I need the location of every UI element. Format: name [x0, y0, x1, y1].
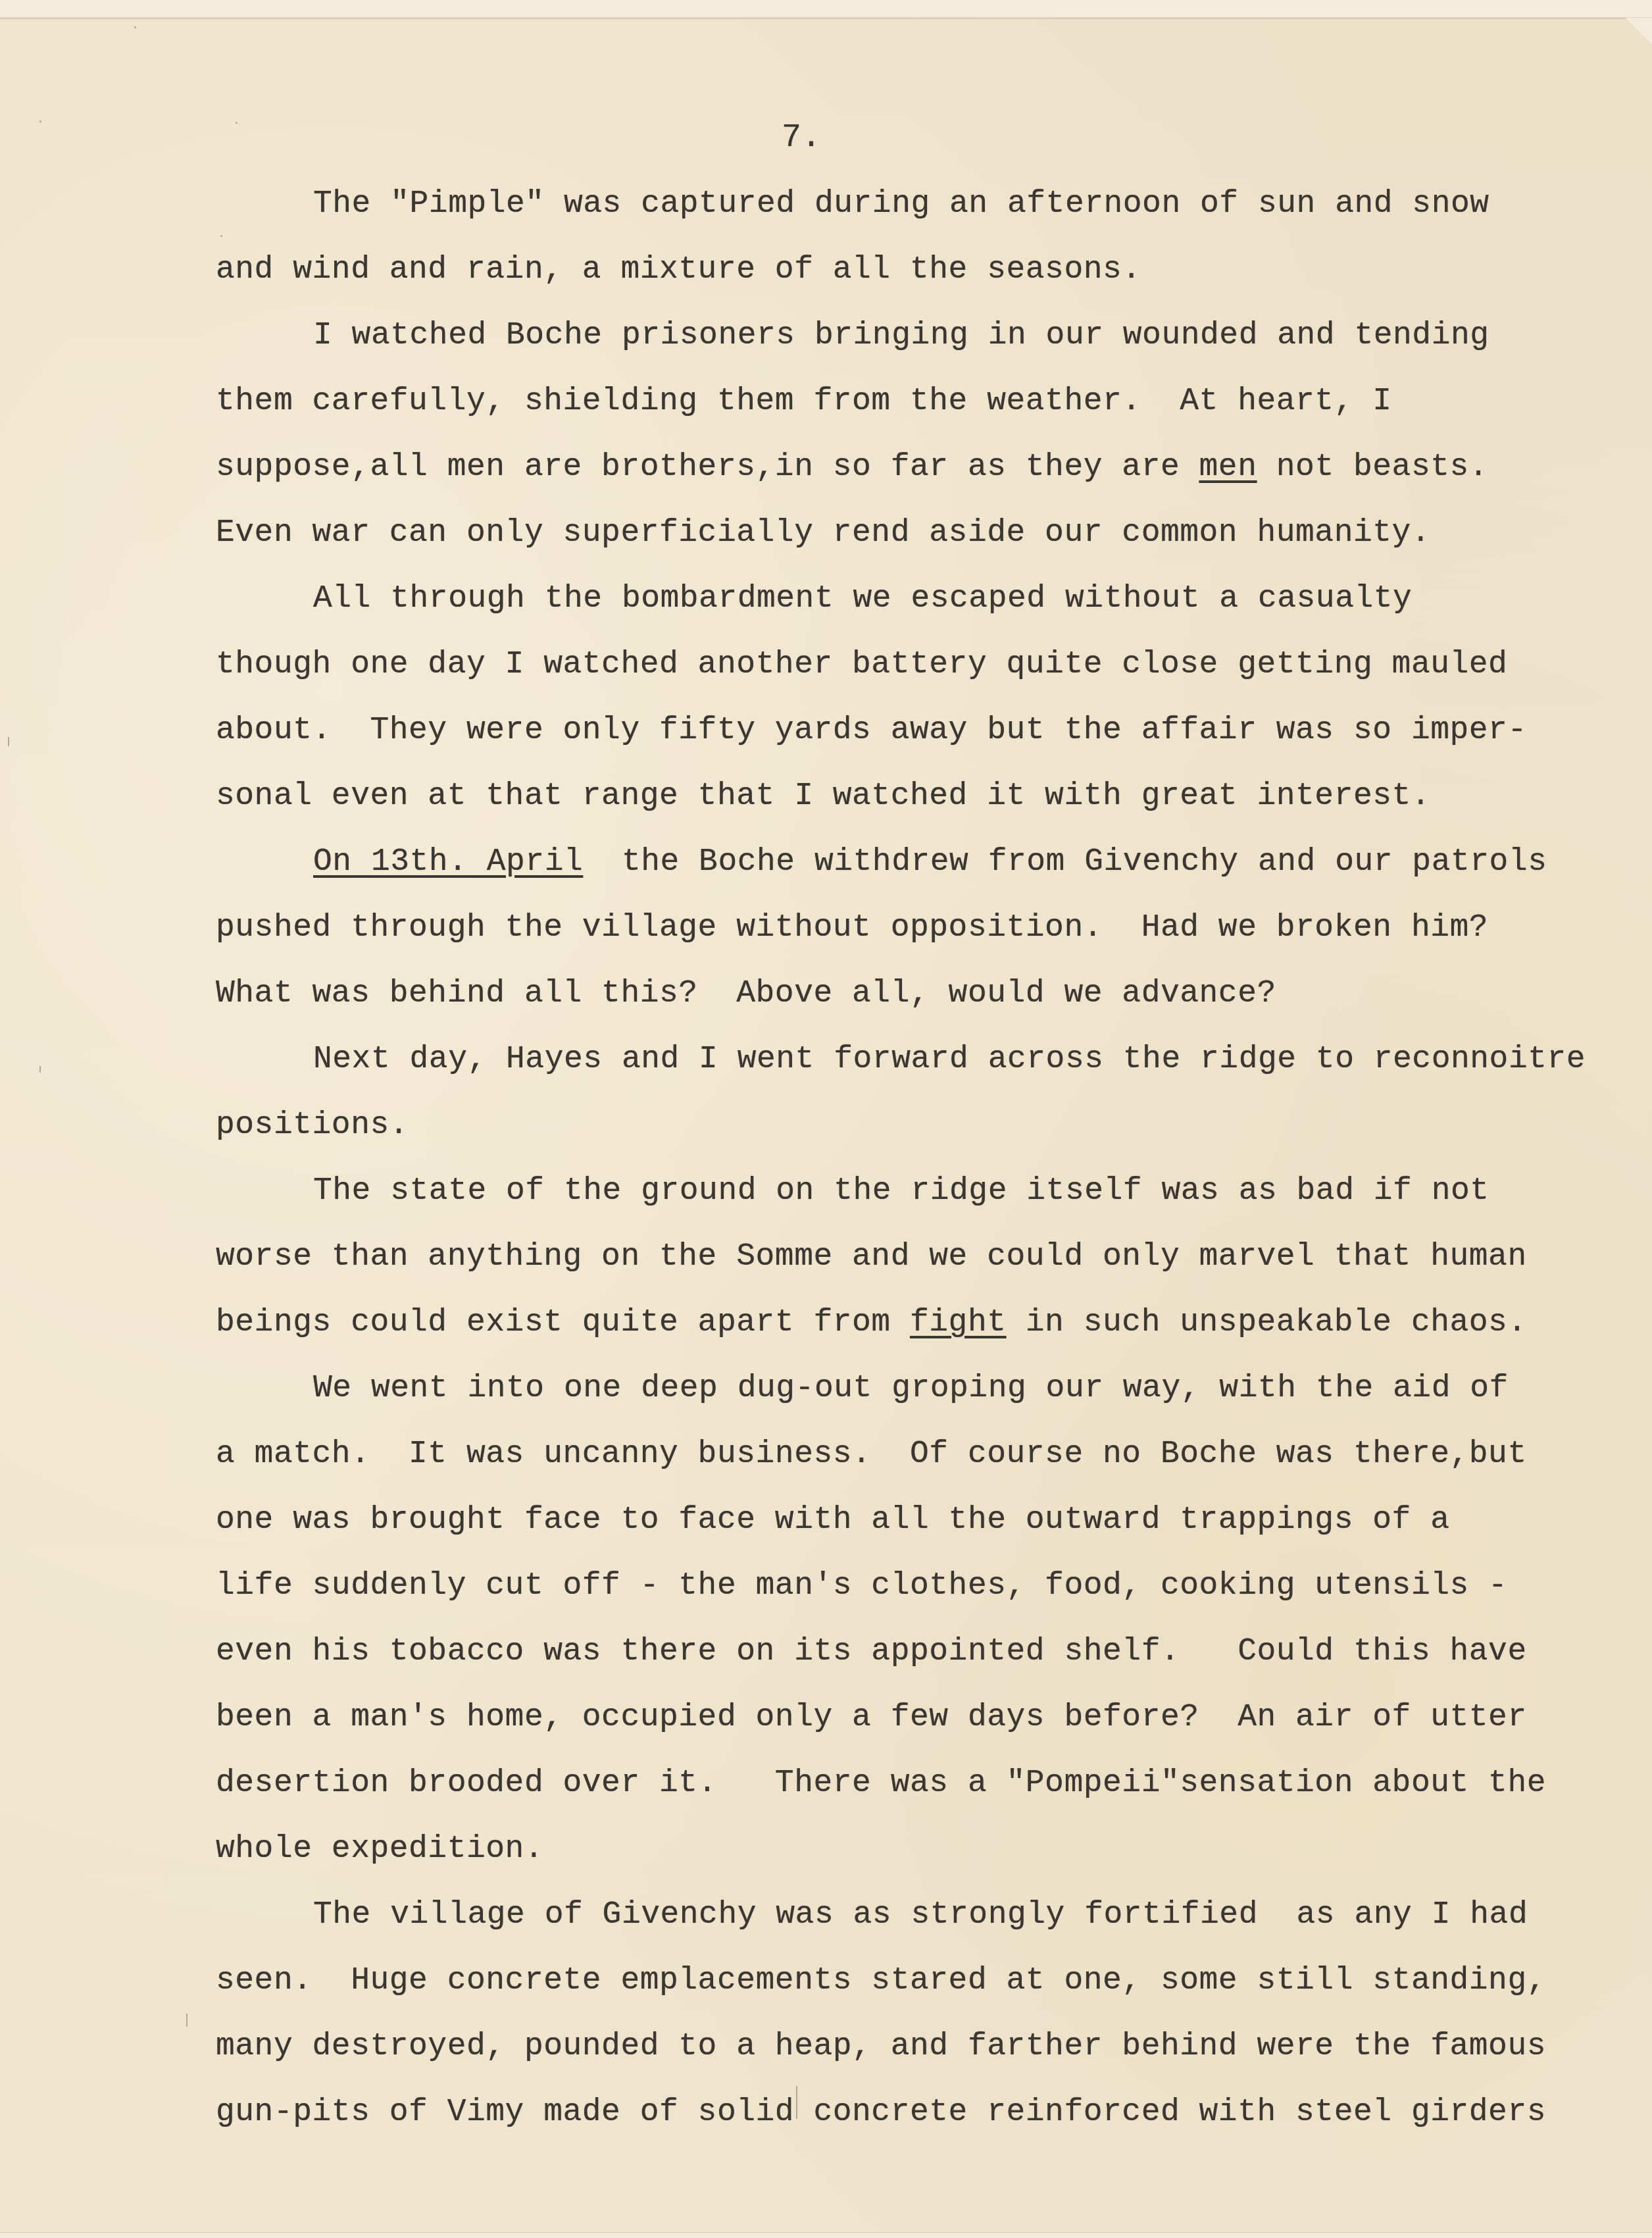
line-text: We went into one deep dug-out groping ou…: [313, 1371, 1509, 1406]
text-line: about. They were only fifty yards away b…: [216, 711, 1527, 750]
paper-speck: [134, 26, 136, 28]
text-line: worse than anything on the Somme and we …: [216, 1237, 1527, 1277]
line-text: suppose,all men are brothers,in so far a…: [216, 449, 1199, 485]
margin-mark: [39, 1066, 41, 1073]
line-text: desertion brooded over it. There was a "…: [216, 1766, 1546, 1801]
line-text: beings could exist quite apart from: [216, 1305, 910, 1340]
line-text: whole expedition.: [216, 1831, 543, 1867]
line-text: not beasts.: [1257, 449, 1488, 485]
text-line: and wind and rain, a mixture of all the …: [216, 250, 1141, 290]
text-line: one was brought face to face with all th…: [216, 1500, 1450, 1540]
underlined-text: men: [1199, 449, 1257, 485]
line-text: positions.: [216, 1107, 409, 1143]
line-text: in such unspeakable chaos.: [1007, 1305, 1527, 1340]
page-corner-fold: [1626, 18, 1652, 44]
line-text: pushed through the village without oppos…: [216, 910, 1488, 946]
line-text: been a man's home, occupied only a few d…: [216, 1700, 1527, 1735]
line-text: All through the bombardment we escaped w…: [313, 581, 1412, 617]
text-line: All through the bombardment we escaped w…: [313, 579, 1412, 619]
line-text: The state of the ground on the ridge its…: [313, 1173, 1489, 1209]
text-line: suppose,all men are brothers,in so far a…: [216, 447, 1488, 487]
text-line: pushed through the village without oppos…: [216, 908, 1488, 948]
underlined-text: On 13th. April: [313, 844, 583, 880]
text-line: them carefully, shielding them from the …: [216, 382, 1392, 421]
line-text: sonal even at that range that I watched …: [216, 778, 1430, 814]
line-text: worse than anything on the Somme and we …: [216, 1239, 1527, 1275]
line-text: I watched Boche prisoners bringing in ou…: [313, 318, 1489, 353]
line-text: many destroyed, pounded to a heap, and f…: [216, 2029, 1546, 2064]
line-text: life suddenly cut off - the man's clothe…: [216, 1568, 1507, 1604]
paper-speck: [39, 120, 41, 122]
margin-mark: [186, 2014, 188, 2027]
text-line: I watched Boche prisoners bringing in ou…: [313, 316, 1489, 355]
line-text: gun-pits of Vimy made of solid concrete …: [216, 2095, 1546, 2130]
page-bottom-edge: [0, 2232, 1652, 2238]
line-text: a match. It was uncanny business. Of cou…: [216, 1437, 1527, 1472]
text-line: beings could exist quite apart from figh…: [216, 1303, 1527, 1342]
line-text: The "Pimple" was captured during an afte…: [313, 186, 1489, 222]
line-text: Next day, Hayes and I went forward acros…: [313, 1042, 1586, 1077]
text-line: sonal even at that range that I watched …: [216, 776, 1430, 816]
text-line: been a man's home, occupied only a few d…: [216, 1698, 1527, 1737]
paper-speck: [220, 235, 222, 237]
text-line: even his tobacco was there on its appoin…: [216, 1632, 1527, 1671]
text-line: The state of the ground on the ridge its…: [313, 1171, 1489, 1211]
line-text: though one day I watched another battery…: [216, 647, 1507, 682]
text-line: seen. Huge concrete emplacements stared …: [216, 1961, 1546, 2000]
line-text: the Boche withdrew from Givenchy and our…: [583, 844, 1547, 880]
text-line: desertion brooded over it. There was a "…: [216, 1764, 1546, 1803]
text-line: What was behind all this? Above all, wou…: [216, 974, 1276, 1013]
underlined-text: fight: [910, 1305, 1007, 1340]
text-line: whole expedition.: [216, 1829, 543, 1869]
line-text: about. They were only fifty yards away b…: [216, 713, 1527, 748]
line-text: seen. Huge concrete emplacements stared …: [216, 1963, 1546, 1998]
line-text: and wind and rain, a mixture of all the …: [216, 252, 1141, 288]
line-text: even his tobacco was there on its appoin…: [216, 1634, 1527, 1669]
line-text: What was behind all this? Above all, wou…: [216, 976, 1276, 1011]
line-text: them carefully, shielding them from the …: [216, 384, 1392, 419]
margin-mark: [8, 737, 9, 746]
text-line: life suddenly cut off - the man's clothe…: [216, 1566, 1507, 1606]
text-line: Even war can only superficially rend asi…: [216, 513, 1430, 553]
text-line: Next day, Hayes and I went forward acros…: [313, 1040, 1586, 1079]
text-line: We went into one deep dug-out groping ou…: [313, 1369, 1509, 1408]
text-line: many destroyed, pounded to a heap, and f…: [216, 2027, 1546, 2066]
line-text: one was brought face to face with all th…: [216, 1502, 1450, 1538]
line-text: Even war can only superficially rend asi…: [216, 515, 1430, 551]
line-text: The village of Givenchy was as strongly …: [313, 1897, 1528, 1933]
text-line: The "Pimple" was captured during an afte…: [313, 184, 1489, 224]
text-line: gun-pits of Vimy made of solid concrete …: [216, 2093, 1546, 2132]
text-line: On 13th. April the Boche withdrew from G…: [313, 842, 1547, 882]
page-number: 7.: [782, 118, 821, 158]
paper-speck: [236, 122, 238, 124]
text-line: positions.: [216, 1106, 409, 1145]
text-line: though one day I watched another battery…: [216, 645, 1507, 684]
text-line: The village of Givenchy was as strongly …: [313, 1895, 1528, 1935]
text-line: a match. It was uncanny business. Of cou…: [216, 1435, 1527, 1474]
